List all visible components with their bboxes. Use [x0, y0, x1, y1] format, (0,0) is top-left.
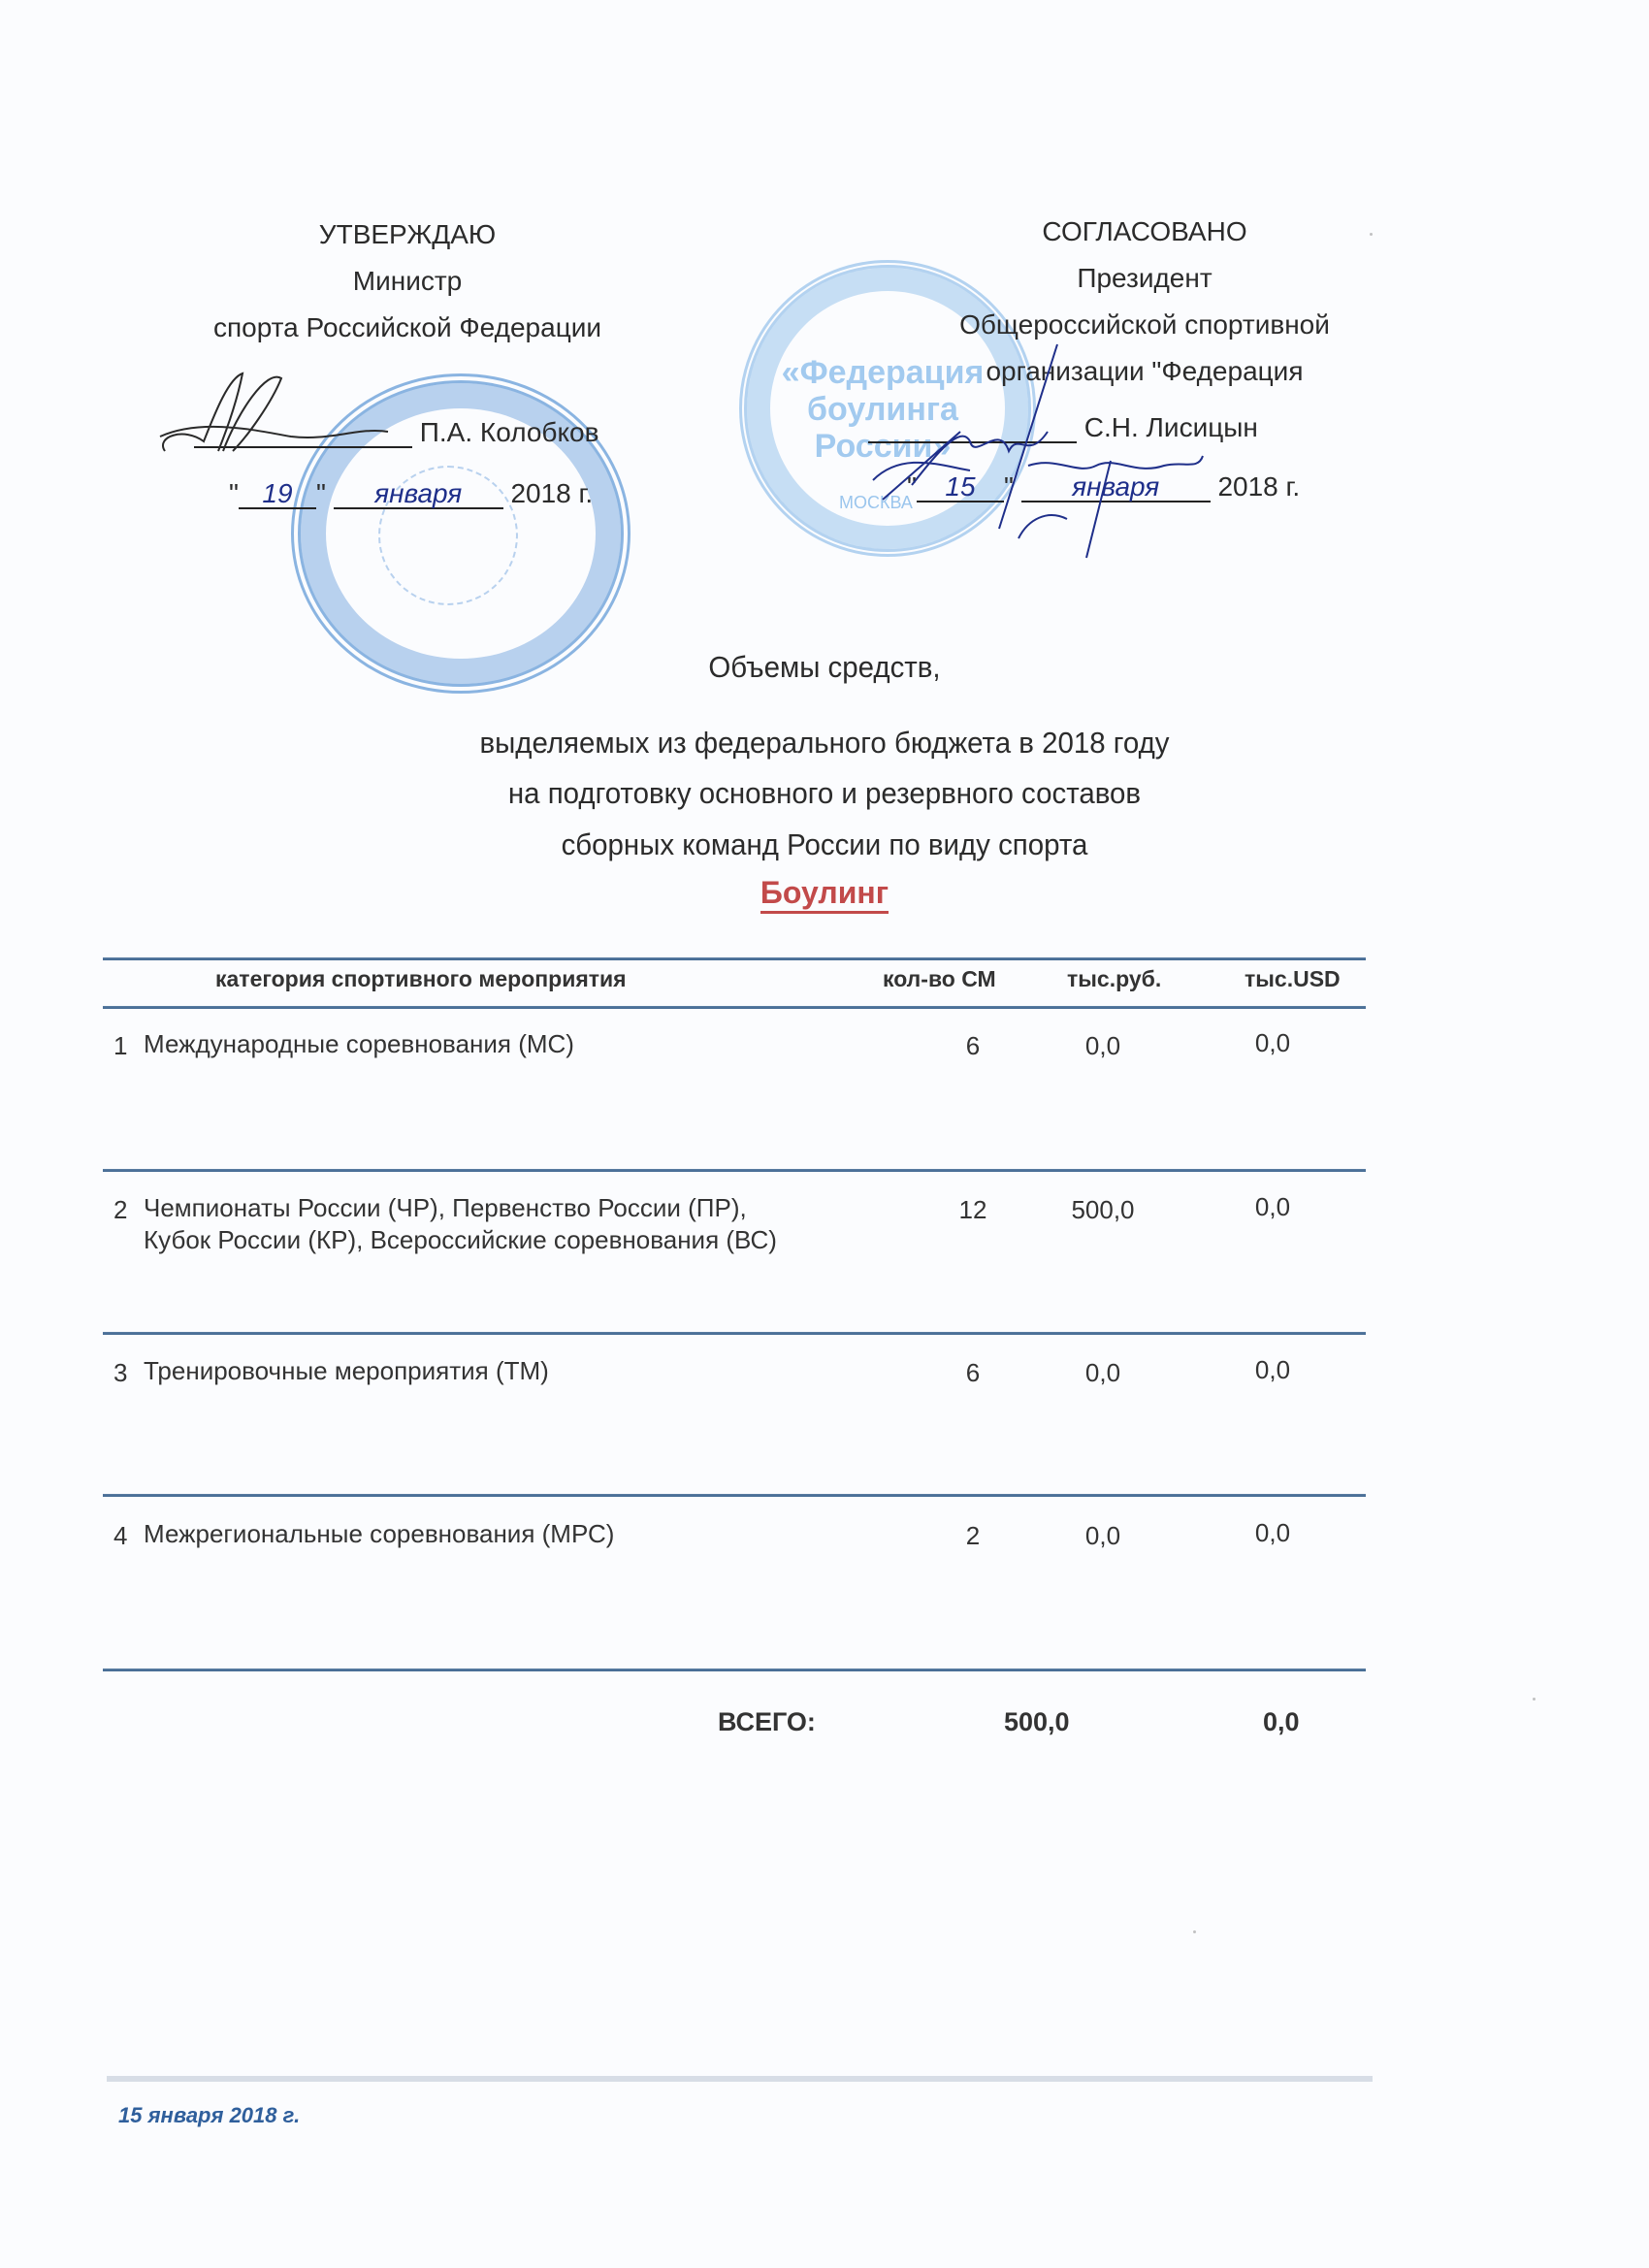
table-rule-header: [103, 1006, 1366, 1009]
row-rub: 0,0: [1045, 1358, 1161, 1388]
doc-title-line1: Объемы средств,: [42, 650, 1608, 685]
total-rub: 500,0: [1004, 1707, 1070, 1737]
approval-position: Президент: [854, 255, 1436, 302]
signature-line-right: С.Н. Лисицын: [868, 412, 1258, 443]
header-rub: тыс.руб.: [1067, 966, 1161, 992]
row-count: 6: [934, 1358, 1012, 1388]
signature-kolobkov: [145, 359, 417, 466]
row-usd: 0,0: [1224, 1355, 1321, 1385]
row-category: Международные соревнования (МС): [144, 1028, 574, 1060]
row-count: 12: [934, 1195, 1012, 1225]
footer-date: 15 января 2018 г.: [118, 2103, 300, 2128]
date-month: января: [1021, 471, 1211, 502]
date-line-left: "19" января 2018 г.: [229, 478, 593, 509]
row-number: 1: [113, 1031, 127, 1061]
signatory-name: С.Н. Лисицын: [1084, 412, 1258, 442]
row-number: 3: [113, 1358, 127, 1388]
signature-blank: [868, 412, 1077, 443]
header-category: категория спортивного мероприятия: [215, 966, 627, 992]
table-rule-bottom: [103, 1669, 1366, 1671]
scan-speck: [1533, 1698, 1536, 1701]
approval-position-org: Общероссийской спортивной: [854, 302, 1436, 348]
approval-block-right: СОГЛАСОВАНО Президент Общероссийской спо…: [854, 209, 1436, 395]
table-row-divider: [103, 1169, 1366, 1172]
approval-heading: УТВЕРЖДАЮ: [136, 211, 679, 258]
row-usd: 0,0: [1224, 1028, 1321, 1058]
date-year: 2018 г.: [1217, 471, 1300, 502]
federation-stamp-city: МОСКВА: [839, 493, 913, 513]
table-rule-top: [103, 957, 1366, 960]
approval-position-org: спорта Российской Федерации: [136, 305, 679, 351]
sport-name: Боулинг: [0, 875, 1649, 911]
signatory-name: П.А. Колобков: [420, 417, 599, 447]
row-category: Межрегиональные соревнования (МРС): [144, 1518, 614, 1550]
approval-position-org-2: организации "Федерация: [854, 348, 1436, 395]
signature-line-left: П.А. Колобков: [194, 417, 598, 448]
row-number: 4: [113, 1521, 127, 1551]
row-usd: 0,0: [1224, 1518, 1321, 1548]
row-rub: 0,0: [1045, 1031, 1161, 1061]
header-count: кол-во СМ: [883, 966, 996, 992]
approval-heading: СОГЛАСОВАНО: [854, 209, 1436, 255]
doc-title-line2: выделяемых из федерального бюджета в 201…: [42, 726, 1608, 761]
header-usd: тыс.USD: [1245, 966, 1341, 992]
row-usd: 0,0: [1224, 1192, 1321, 1222]
row-count: 6: [934, 1031, 1012, 1061]
row-number: 2: [113, 1195, 127, 1225]
date-day: 15: [917, 471, 1004, 502]
table-row-divider: [103, 1494, 1366, 1497]
doc-title-line3: на подготовку основного и резервного сос…: [42, 776, 1608, 811]
table-row-divider: [103, 1332, 1366, 1335]
date-line-right: "15" января 2018 г.: [907, 471, 1300, 502]
footer-rule: [107, 2076, 1373, 2082]
row-rub: 0,0: [1045, 1521, 1161, 1551]
row-category: Чемпионаты России (ЧР), Первенство Росси…: [144, 1192, 747, 1224]
total-label: ВСЕГО:: [718, 1707, 816, 1737]
approval-block-left: УТВЕРЖДАЮ Министр спорта Российской Феде…: [136, 211, 679, 351]
signature-blank: [194, 417, 412, 448]
date-month: января: [334, 478, 503, 509]
row-category-cont: Кубок России (КР), Всероссийские соревно…: [144, 1224, 777, 1256]
row-count: 2: [934, 1521, 1012, 1551]
approval-position: Министр: [136, 258, 679, 305]
row-category: Тренировочные мероприятия (ТМ): [144, 1355, 549, 1387]
date-year: 2018 г.: [510, 478, 593, 508]
row-rub: 500,0: [1045, 1195, 1161, 1225]
date-day: 19: [239, 478, 316, 509]
scan-speck: [1370, 233, 1373, 236]
doc-title-line4: сборных команд России по виду спорта: [42, 827, 1608, 862]
scan-speck: [1193, 1930, 1196, 1933]
total-usd: 0,0: [1263, 1707, 1300, 1737]
